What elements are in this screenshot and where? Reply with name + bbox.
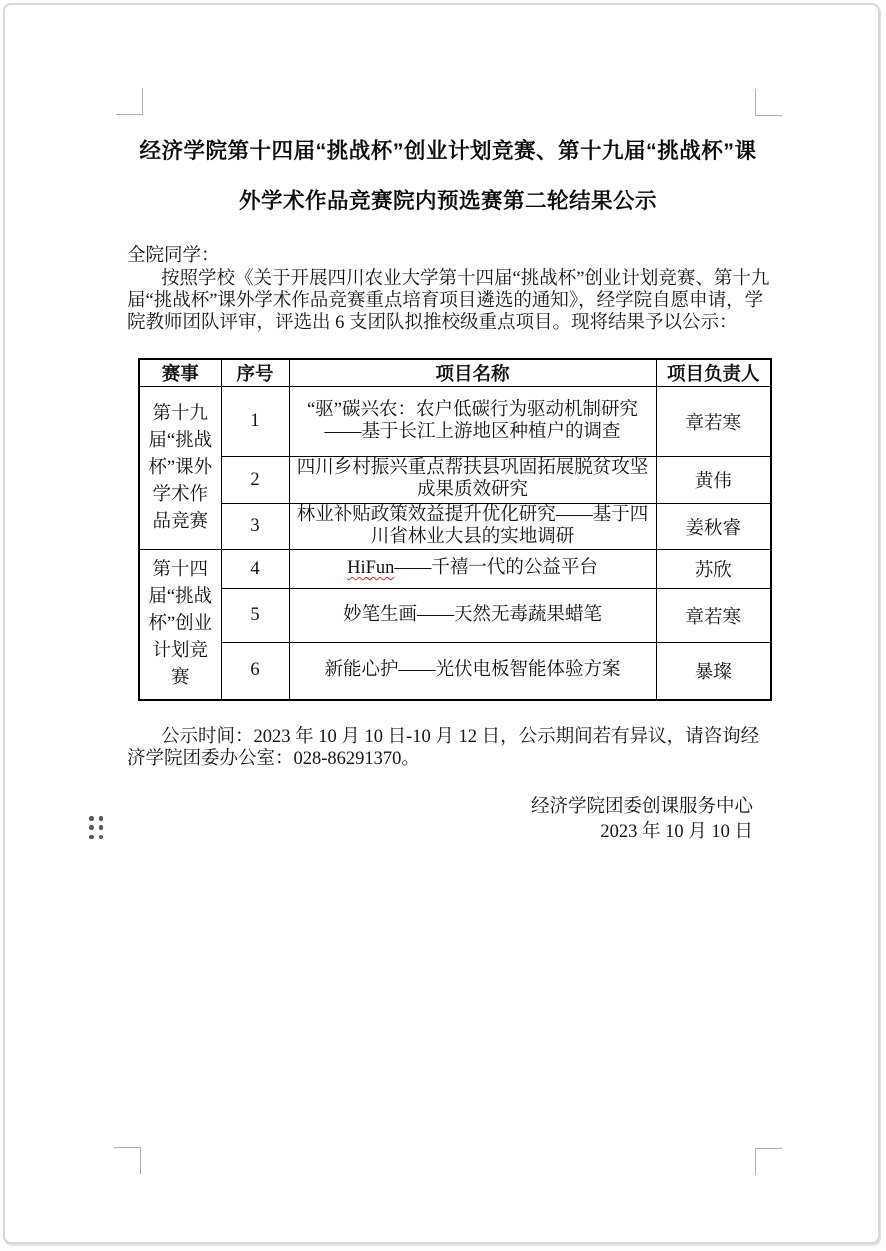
results-table: 赛事 序号 项目名称 项目负责人 第十九 届“挑战 杯”课外 学术作 品竞赛 1… bbox=[138, 358, 772, 701]
intro-line: 院教师团队评审，评选出 6 支团队拟推校级重点项目。现将结果予以公示： bbox=[127, 313, 787, 335]
table-row: 6 新能心护——光伏电板智能体验方案 暴璨 bbox=[139, 643, 771, 700]
closing-paragraph: 公示时间：2023 年 10 月 10 日-10 月 12 日，公示期间若有异议… bbox=[127, 726, 787, 771]
event-cell-group1: 第十九 届“挑战 杯”课外 学术作 品竞赛 bbox=[139, 387, 221, 550]
project-cell: “驱”碳兴农：农户低碳行为驱动机制研究 ——基于长江上游地区种植户的调查 bbox=[289, 387, 656, 457]
column-header-leader: 项目负责人 bbox=[656, 359, 771, 387]
table-row: 第十九 届“挑战 杯”课外 学术作 品竞赛 1 “驱”碳兴农：农户低碳行为驱动机… bbox=[139, 387, 771, 457]
dot bbox=[99, 825, 104, 830]
project-name-rest: ——千禧一代的公益平台 bbox=[394, 558, 598, 578]
column-header-event: 赛事 bbox=[139, 359, 221, 387]
text-boundary-mark-top-right bbox=[755, 89, 782, 116]
dot bbox=[89, 835, 94, 840]
dot bbox=[89, 816, 94, 821]
table-row: 3 林业补贴政策效益提升优化研究——基于四 川省林业大县的实地调研 姜秋睿 bbox=[139, 504, 771, 550]
no-cell: 3 bbox=[221, 504, 289, 550]
project-cell: 林业补贴政策效益提升优化研究——基于四 川省林业大县的实地调研 bbox=[289, 504, 656, 550]
text-boundary-mark-bottom-left bbox=[114, 1147, 141, 1174]
leader-cell: 苏欣 bbox=[656, 550, 771, 589]
document-title-line-2: 外学术作品竞赛院内预选赛第二轮结果公示 bbox=[65, 189, 831, 213]
no-cell: 1 bbox=[221, 387, 289, 457]
signature-block: 经济学院团委创课服务中心 2023 年 10 月 10 日 bbox=[127, 795, 753, 846]
dot bbox=[89, 825, 94, 830]
table-header-row: 赛事 序号 项目名称 项目负责人 bbox=[139, 359, 771, 387]
no-cell: 4 bbox=[221, 550, 289, 589]
dot bbox=[99, 816, 104, 821]
project-cell: 新能心护——光伏电板智能体验方案 bbox=[289, 643, 656, 700]
text-boundary-mark-bottom-right bbox=[755, 1148, 782, 1175]
text-boundary-mark-top-left bbox=[116, 88, 143, 115]
project-cell: 四川乡村振兴重点帮扶县巩固拓展脱贫攻坚 成果质效研究 bbox=[289, 457, 656, 504]
no-cell: 2 bbox=[221, 457, 289, 504]
dot bbox=[99, 835, 104, 840]
intro-line: 届“挑战杯”课外学术作品竞赛重点培育项目遴选的通知》，经学院自愿申请，学 bbox=[127, 291, 787, 313]
table-row: 2 四川乡村振兴重点帮扶县巩固拓展脱贫攻坚 成果质效研究 黄伟 bbox=[139, 457, 771, 504]
event-cell-group2: 第十四 届“挑战 杯”创业 计划竞 赛 bbox=[139, 550, 221, 700]
closing-line: 公示时间：2023 年 10 月 10 日-10 月 12 日，公示期间若有异议… bbox=[127, 726, 787, 748]
leader-cell: 章若寒 bbox=[656, 589, 771, 643]
signature-org: 经济学院团委创课服务中心 bbox=[127, 795, 753, 820]
intro-line: 按照学校《关于开展四川农业大学第十四届“挑战杯”创业计划竞赛、第十九 bbox=[127, 269, 787, 291]
drag-handle-dots[interactable] bbox=[89, 816, 103, 839]
salutation: 全院同学： bbox=[127, 246, 220, 266]
no-cell: 6 bbox=[221, 643, 289, 700]
closing-line: 济学院团委办公室：028-86291370。 bbox=[127, 748, 787, 770]
document-page: 经济学院第十四届“挑战杯”创业计划竞赛、第十九届“挑战杯”课 外学术作品竞赛院内… bbox=[3, 3, 880, 1244]
signature-date: 2023 年 10 月 10 日 bbox=[127, 820, 753, 845]
project-cell: 妙笔生画——天然无毒蔬果蜡笔 bbox=[289, 589, 656, 643]
table-row: 第十四 届“挑战 杯”创业 计划竞 赛 4 HiFun——千禧一代的公益平台 苏… bbox=[139, 550, 771, 589]
project-cell: HiFun——千禧一代的公益平台 bbox=[289, 550, 656, 589]
column-header-project: 项目名称 bbox=[289, 359, 656, 387]
leader-cell: 姜秋睿 bbox=[656, 504, 771, 550]
leader-cell: 暴璨 bbox=[656, 643, 771, 700]
leader-cell: 章若寒 bbox=[656, 387, 771, 457]
no-cell: 5 bbox=[221, 589, 289, 643]
leader-cell: 黄伟 bbox=[656, 457, 771, 504]
misspelled-word: HiFun bbox=[347, 558, 394, 578]
column-header-no: 序号 bbox=[221, 359, 289, 387]
document-title-line-1: 经济学院第十四届“挑战杯”创业计划竞赛、第十九届“挑战杯”课 bbox=[65, 139, 831, 163]
table-row: 5 妙笔生画——天然无毒蔬果蜡笔 章若寒 bbox=[139, 589, 771, 643]
intro-paragraph: 按照学校《关于开展四川农业大学第十四届“挑战杯”创业计划竞赛、第十九 届“挑战杯… bbox=[127, 269, 787, 334]
